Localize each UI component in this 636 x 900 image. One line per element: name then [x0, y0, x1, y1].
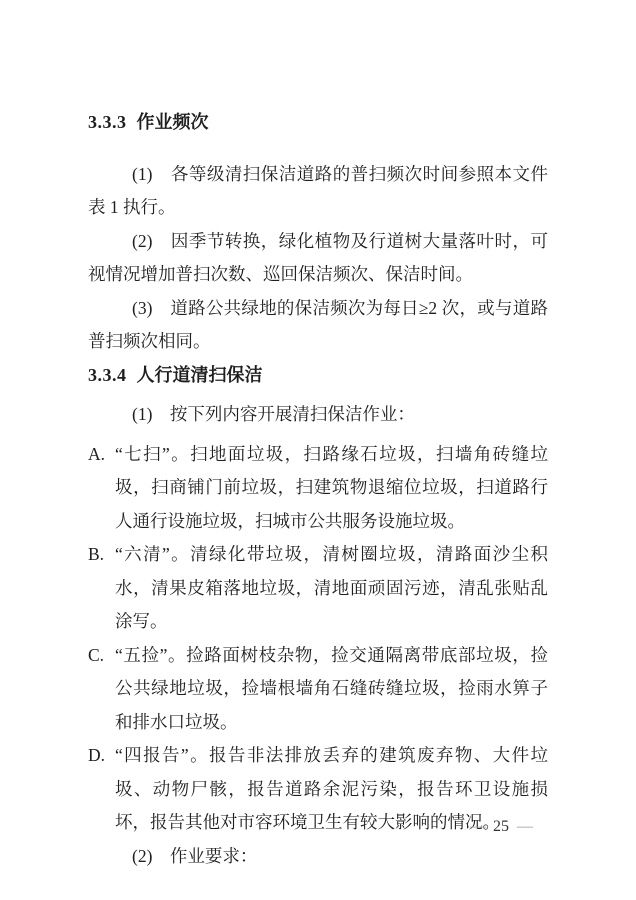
- list-item-text: “七扫”。扫地面垃圾，扫路缘石垃圾，扫墙角砖缝垃圾，扫商铺门前垃圾，扫建筑物退缩…: [115, 444, 548, 531]
- section-heading-333: 3.3.3作业频次: [88, 106, 548, 140]
- list-item-label: C.: [88, 639, 104, 673]
- list-item-text: “五捡”。捡路面树枝杂物，捡交通隔离带底部垃圾，捡公共绿地垃圾，捡墙根墙角石缝砖…: [115, 645, 548, 732]
- paragraph: (2) 作业要求：: [88, 840, 548, 874]
- list-item-label: D.: [88, 739, 105, 773]
- paragraph: (2) 因季节转换，绿化植物及行道树大量落叶时，可视情况增加普扫次数、巡回保洁频…: [88, 225, 548, 292]
- page-footer: —25—: [462, 816, 540, 838]
- paragraph: (3) 道路公共绿地的保洁频次为每日≥2 次，或与道路普扫频次相同。: [88, 292, 548, 359]
- list-item: A.“七扫”。扫地面垃圾，扫路缘石垃圾，扫墙角砖缝垃圾，扫商铺门前垃圾，扫建筑物…: [88, 438, 548, 539]
- footer-page-number: 25: [493, 818, 509, 835]
- paragraph: (1) 各等级清扫保洁道路的普扫频次时间参照本文件表 1 执行。: [88, 158, 548, 225]
- paragraph: (1) 按下列内容开展清扫保洁作业：: [88, 398, 548, 432]
- list-item: C.“五捡”。捡路面树枝杂物，捡交通隔离带底部垃圾，捡公共绿地垃圾，捡墙根墙角石…: [88, 639, 548, 740]
- list-item-label: A.: [88, 438, 105, 472]
- heading-number: 3.3.4: [88, 365, 127, 385]
- heading-title: 作业频次: [137, 112, 209, 132]
- heading-number: 3.3.3: [88, 112, 127, 132]
- heading-title: 人行道清扫保洁: [137, 365, 263, 385]
- document-page: 3.3.3作业频次 (1) 各等级清扫保洁道路的普扫频次时间参照本文件表 1 执…: [0, 0, 636, 900]
- section-heading-334: 3.3.4人行道清扫保洁: [88, 359, 548, 393]
- page-body: 3.3.3作业频次 (1) 各等级清扫保洁道路的普扫频次时间参照本文件表 1 执…: [88, 106, 548, 873]
- list-item-text: “六清”。清绿化带垃圾，清树圈垃圾，清路面沙尘积水，清果皮箱落地垃圾，清地面顽固…: [115, 544, 548, 631]
- list-item-label: B.: [88, 538, 104, 572]
- footer-dash-left: —: [470, 818, 485, 835]
- footer-dash-right: —: [517, 818, 532, 835]
- list-item: B.“六清”。清绿化带垃圾，清树圈垃圾，清路面沙尘积水，清果皮箱落地垃圾，清地面…: [88, 538, 548, 639]
